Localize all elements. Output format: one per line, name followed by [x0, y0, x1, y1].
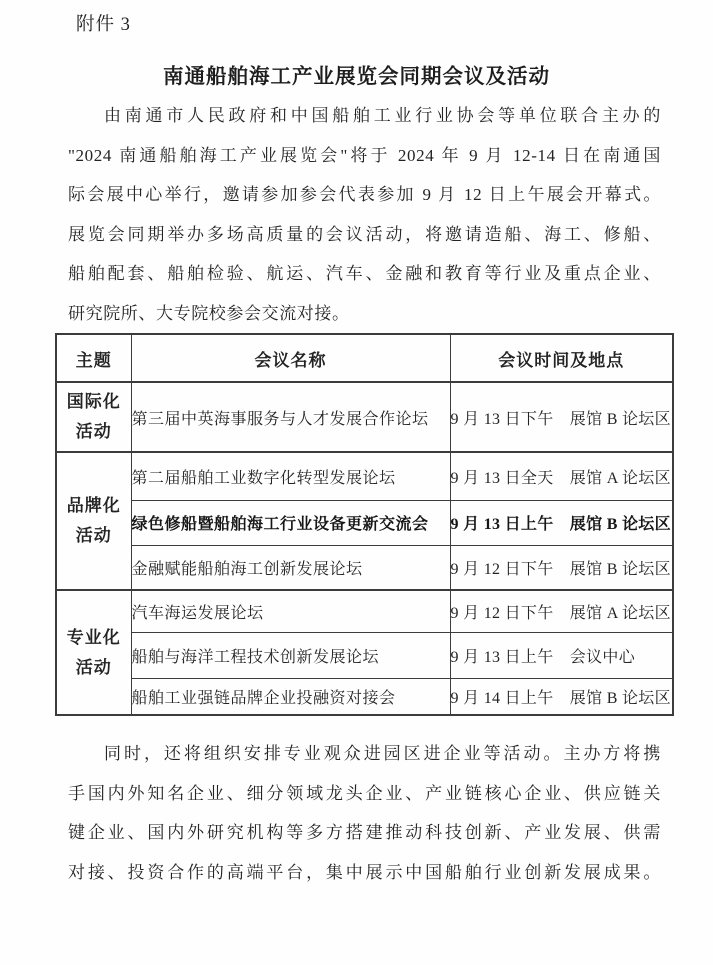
theme-line: 国际化	[57, 387, 131, 417]
table-row: 品牌化 活动 第二届船舶工业数字化转型发展论坛 9 月 13 日全天 展馆 A …	[56, 452, 673, 500]
table-row: 金融赋能船舶海工创新发展论坛 9 月 12 日下午 展馆 B 论坛区	[56, 545, 673, 590]
table-row: 绿色修船暨船舶海工行业设备更新交流会 9 月 13 日上午 展馆 B 论坛区	[56, 500, 673, 545]
theme-cell-professional: 专业化 活动	[56, 590, 131, 715]
intro-line-6: 研究院所、大专院校参会交流对接。	[68, 294, 661, 334]
meeting-time-cell: 9 月 12 日下午 展馆 B 论坛区	[450, 545, 673, 590]
meeting-name-cell: 船舶与海洋工程技术创新发展论坛	[131, 632, 450, 678]
theme-cell-brand: 品牌化 活动	[56, 452, 131, 590]
theme-line: 活动	[57, 521, 131, 551]
meeting-schedule-table: 主题 会议名称 会议时间及地点 国际化 活动 第三届中英海事服务与人才发展合作论…	[55, 333, 674, 716]
table-row: 船舶与海洋工程技术创新发展论坛 9 月 13 日上午 会议中心	[56, 632, 673, 678]
intro-paragraph: 由南通市人民政府和中国船舶工业行业协会等单位联合主办的 "2024 南通船舶海工…	[68, 96, 661, 333]
meeting-name-cell: 汽车海运发展论坛	[131, 590, 450, 632]
table-header-row: 主题 会议名称 会议时间及地点	[56, 334, 673, 382]
outro-line-3: 键企业、国内外研究机构等多方搭建推动科技创新、产业发展、供需	[68, 813, 661, 853]
column-header-meeting-name: 会议名称	[131, 334, 450, 382]
outro-line-4: 对接、投资合作的高端平台，集中展示中国船舶行业创新发展成果。	[68, 853, 661, 893]
theme-line: 活动	[57, 417, 131, 447]
column-header-theme: 主题	[56, 334, 131, 382]
table-row: 专业化 活动 汽车海运发展论坛 9 月 12 日下午 展馆 A 论坛区	[56, 590, 673, 632]
meeting-time-cell: 9 月 14 日上午 展馆 B 论坛区	[450, 678, 673, 715]
outro-paragraph: 同时，还将组织安排专业观众进园区进企业等活动。主办方将携 手国内外知名企业、细分…	[68, 734, 661, 892]
intro-line-5: 船舶配套、船舶检验、航运、汽车、金融和教育等行业及重点企业、	[68, 254, 661, 294]
theme-line: 活动	[57, 653, 131, 683]
meeting-name-cell: 船舶工业强链品牌企业投融资对接会	[131, 678, 450, 715]
theme-line: 品牌化	[57, 491, 131, 521]
table-row: 船舶工业强链品牌企业投融资对接会 9 月 14 日上午 展馆 B 论坛区	[56, 678, 673, 715]
page-title: 南通船舶海工产业展览会同期会议及活动	[0, 62, 713, 92]
document-page: 附件 3 南通船舶海工产业展览会同期会议及活动 由南通市人民政府和中国船舶工业行…	[0, 0, 713, 965]
outro-line-2: 手国内外知名企业、细分领域龙头企业、产业链核心企业、供应链关	[68, 774, 661, 814]
meeting-name-cell: 第二届船舶工业数字化转型发展论坛	[131, 452, 450, 500]
meeting-time-cell: 9 月 13 日上午 展馆 B 论坛区	[450, 500, 673, 545]
intro-line-2: "2024 南通船舶海工产业展览会"将于 2024 年 9 月 12-14 日在…	[68, 136, 661, 176]
intro-line-3: 际会展中心举行，邀请参加参会代表参加 9 月 12 日上午展会开幕式。	[68, 175, 661, 215]
meeting-name-cell: 金融赋能船舶海工创新发展论坛	[131, 545, 450, 590]
meeting-time-cell: 9 月 13 日下午 展馆 B 论坛区	[450, 382, 673, 452]
meeting-time-cell: 9 月 13 日全天 展馆 A 论坛区	[450, 452, 673, 500]
meeting-name-cell: 第三届中英海事服务与人才发展合作论坛	[131, 382, 450, 452]
table-row: 国际化 活动 第三届中英海事服务与人才发展合作论坛 9 月 13 日下午 展馆 …	[56, 382, 673, 452]
meeting-name-cell: 绿色修船暨船舶海工行业设备更新交流会	[131, 500, 450, 545]
outro-line-1: 同时，还将组织安排专业观众进园区进企业等活动。主办方将携	[68, 734, 661, 774]
intro-line-4: 展览会同期举办多场高质量的会议活动，将邀请造船、海工、修船、	[68, 215, 661, 255]
column-header-time-place: 会议时间及地点	[450, 334, 673, 382]
intro-line-1: 由南通市人民政府和中国船舶工业行业协会等单位联合主办的	[68, 96, 661, 136]
attachment-label: 附件 3	[76, 12, 713, 38]
theme-cell-international: 国际化 活动	[56, 382, 131, 452]
theme-line: 专业化	[57, 623, 131, 653]
meeting-time-cell: 9 月 12 日下午 展馆 A 论坛区	[450, 590, 673, 632]
meeting-time-cell: 9 月 13 日上午 会议中心	[450, 632, 673, 678]
